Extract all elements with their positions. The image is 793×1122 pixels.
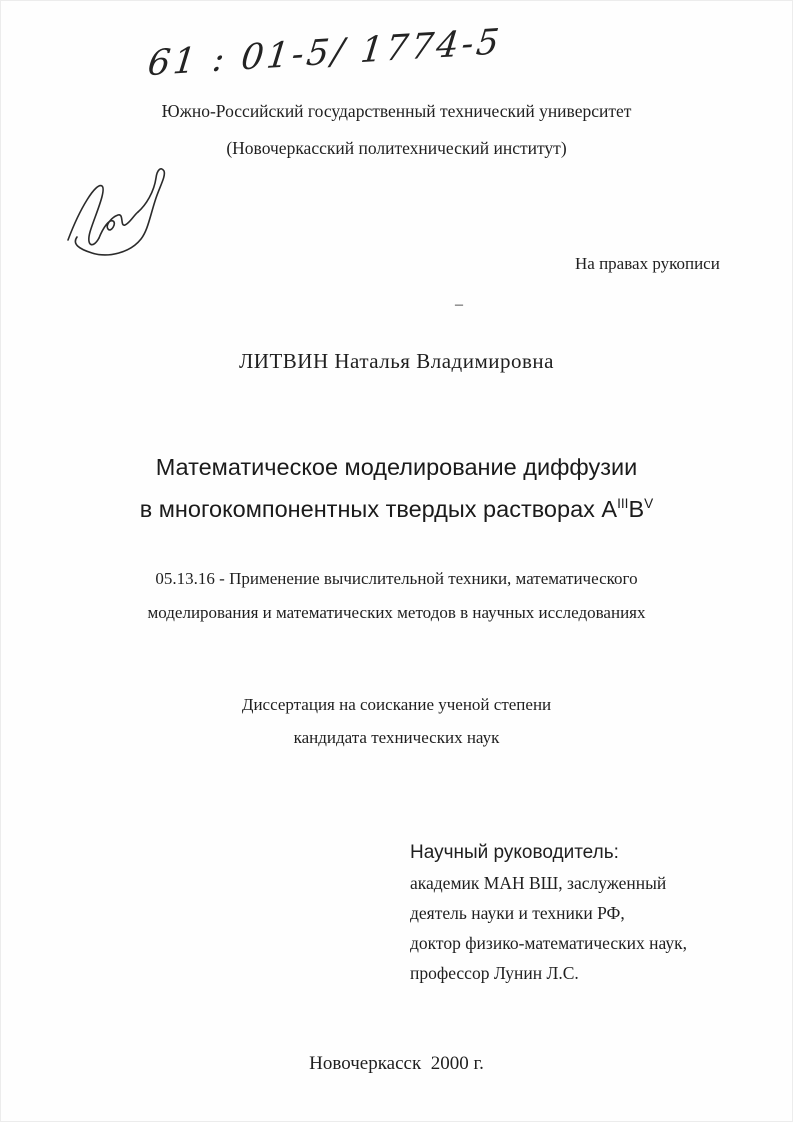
city-and-year: Новочеркасск 2000 г.: [0, 1053, 793, 1075]
supervisor-block: Научный руководитель: академик МАН ВШ, з…: [410, 838, 740, 988]
title-superscript-III: III: [617, 496, 628, 511]
title-element-B: B: [628, 496, 644, 522]
specialty-line-1: 05.13.16 - Применение вычислительной тех…: [0, 562, 793, 596]
degree-statement: Диссертация на соискание ученой степени …: [0, 688, 793, 754]
supervisor-heading: Научный руководитель:: [410, 838, 740, 868]
supervisor-line: деятель науки и техники РФ,: [410, 898, 740, 928]
title-line-1: Математическое моделирование диффузии: [0, 446, 793, 488]
handwritten-catalog-number: 61 : 01-5/ 1774-5: [146, 18, 570, 84]
signature-strokes: [48, 156, 188, 271]
stray-dash-mark: –: [455, 296, 463, 314]
university-name: Южно-Российский государственный техничес…: [0, 101, 793, 122]
degree-line-1: Диссертация на соискание ученой степени: [0, 688, 793, 721]
supervisor-line: академик МАН ВШ, заслуженный: [410, 868, 740, 898]
supervisor-line: доктор физико-математических наук,: [410, 928, 740, 958]
handwritten-signature: [48, 156, 188, 271]
degree-line-2: кандидата технических наук: [0, 721, 793, 754]
scanned-title-page: 61 : 01-5/ 1774-5 Южно-Российский госуда…: [0, 0, 793, 1122]
title-superscript-V: V: [644, 496, 653, 511]
supervisor-line: профессор Лунин Л.С.: [410, 958, 740, 988]
dissertation-title: Математическое моделирование диффузии в …: [0, 446, 793, 530]
specialty-line-2: моделирования и математических методов в…: [0, 596, 793, 630]
title-line-2-text: в многокомпонентных твердых растворах A: [140, 496, 617, 522]
manuscript-rights-note: На правах рукописи: [575, 254, 720, 274]
author-name: ЛИТВИН Наталья Владимировна: [0, 349, 793, 374]
specialty-code-block: 05.13.16 - Применение вычислительной тех…: [0, 562, 793, 630]
title-line-2: в многокомпонентных твердых растворах AI…: [0, 488, 793, 530]
